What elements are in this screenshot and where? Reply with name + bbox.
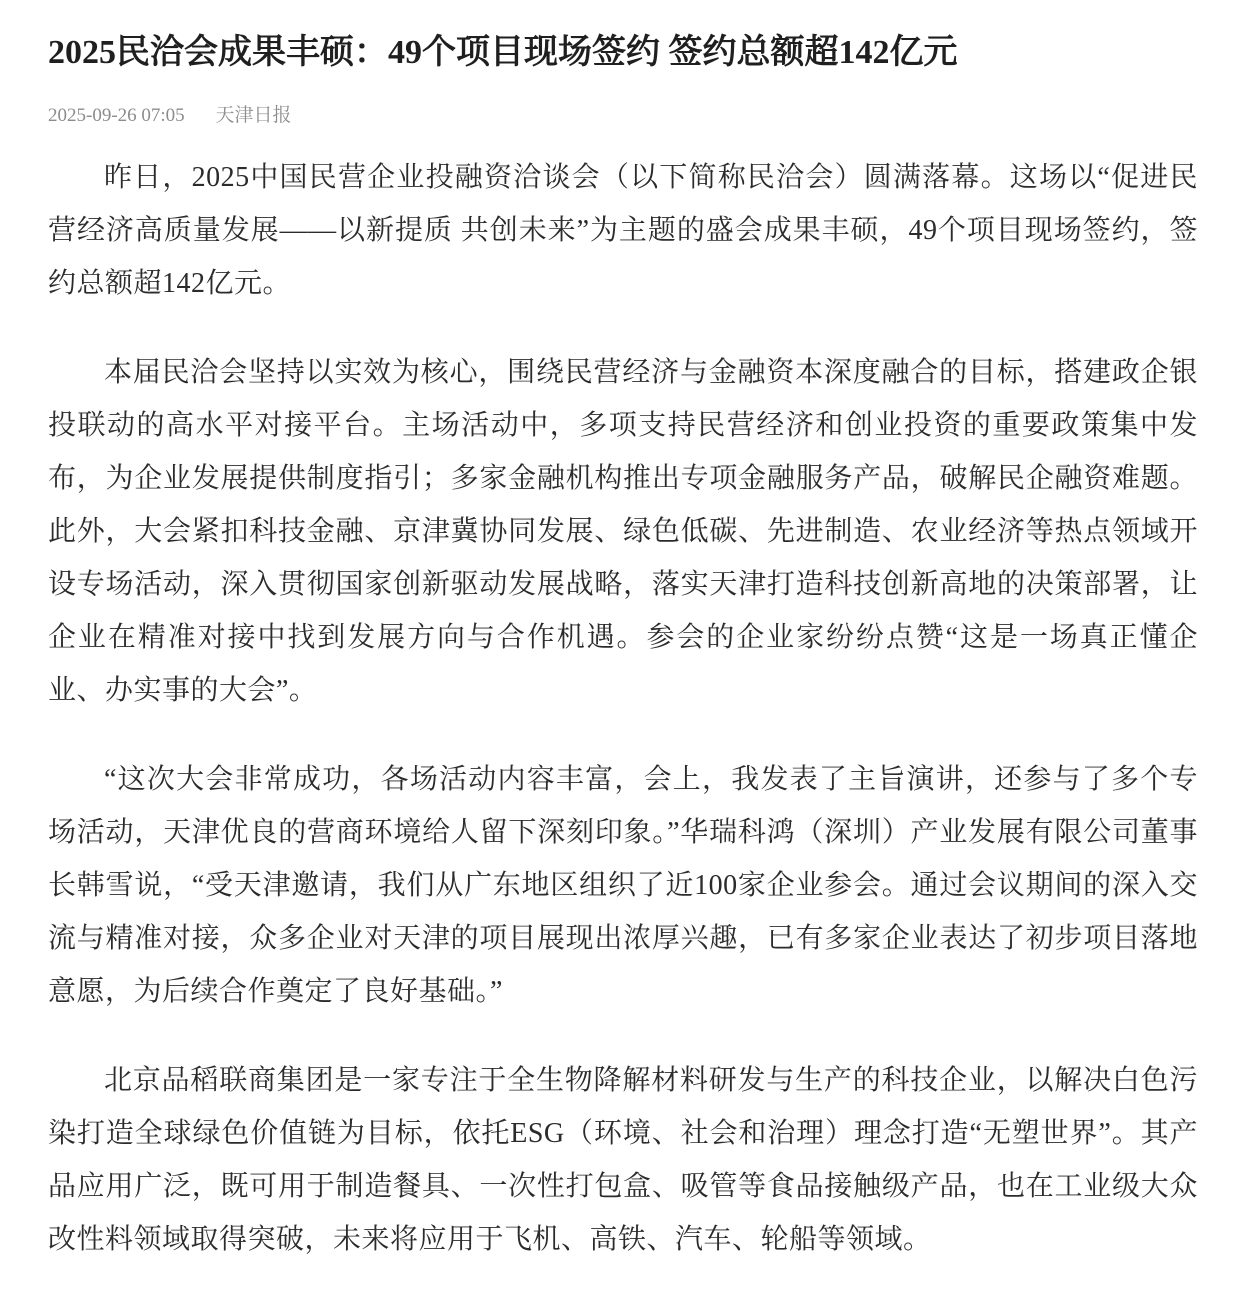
article-title: 2025民洽会成果丰硕：49个项目现场签约 签约总额超142亿元 [48,30,1198,76]
paragraph: 本届民洽会坚持以实效为核心，围绕民营经济与金融资本深度融合的目标，搭建政企银投联… [48,346,1198,717]
paragraph: 北京品稻联商集团是一家专注于全生物降解材料研发与生产的科技企业，以解决白色污染打… [48,1054,1198,1266]
article-body: 昨日，2025中国民营企业投融资洽谈会（以下简称民洽会）圆满落幕。这场以“促进民… [48,151,1198,1266]
paragraph: 昨日，2025中国民营企业投融资洽谈会（以下简称民洽会）圆满落幕。这场以“促进民… [48,151,1198,310]
article-meta: 2025-09-26 07:05 天津日报 [48,100,1198,127]
paragraph: “这次大会非常成功，各场活动内容丰富，会上，我发表了主旨演讲，还参与了多个专场活… [48,753,1198,1018]
source-name: 天津日报 [215,105,291,126]
news-article: 2025民洽会成果丰硕：49个项目现场签约 签约总额超142亿元 2025-09… [0,0,1246,1306]
publish-datetime: 2025-09-26 07:05 [48,105,185,126]
